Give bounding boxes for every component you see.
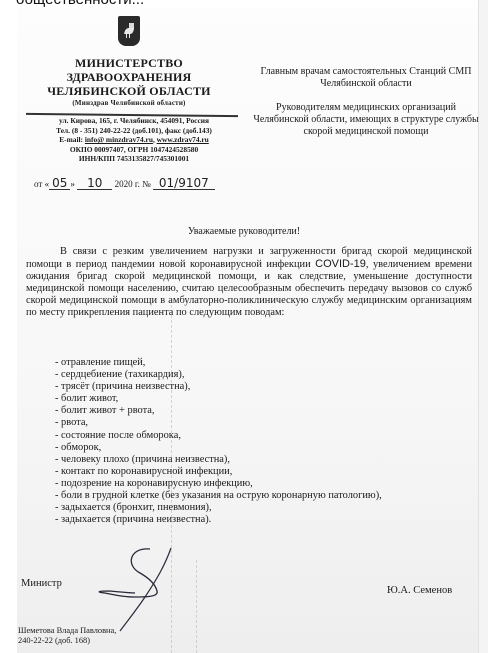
chelyabinsk-coat-of-arms-icon — [118, 16, 140, 46]
signatory-name: Ю.А. Семенов — [387, 585, 452, 596]
reg-quote: » — [70, 179, 75, 189]
addressee-chief-doctors: Главным врачам самостоятельных Станций С… — [250, 66, 482, 90]
covid-term: COVID-19 — [315, 258, 366, 270]
executor-phone: 240-22-22 (доб. 168) — [18, 636, 116, 646]
list-item: - обморок, — [55, 442, 485, 454]
letter-body: В связи с резким увеличением нагрузки и … — [26, 246, 472, 319]
reg-month: 10 — [77, 177, 112, 190]
reasons-list: - отравление пищей, - сердцебиение (тахи… — [55, 357, 485, 526]
reg-number: 01/9107 — [153, 177, 215, 190]
ministry-line: ЧЕЛЯБИНСКОЙ ОБЛАСТИ — [18, 84, 240, 98]
ministry-contacts: ул. Кирова, 165, г. Челябинск, 454091, Р… — [18, 116, 250, 164]
salutation: Уважаемые руководители! — [0, 226, 488, 237]
addressee-heads: Руководителям медицинских организаций Че… — [250, 102, 482, 138]
list-item: - отравление пищей, — [55, 357, 485, 369]
list-item: - человеку плохо (причина неизвестна), — [55, 454, 485, 466]
signatory-title: Министр — [21, 578, 62, 589]
ministry-line: МИНИСТЕРСТВО — [18, 56, 240, 70]
list-item: - трясёт (причина неизвестна), — [55, 381, 485, 393]
reg-prefix: от « — [34, 179, 49, 189]
list-item: - задыхается (бронхит, пневмония), — [55, 502, 485, 514]
list-item: - болит живот, — [55, 393, 485, 405]
address: ул. Кирова, 165, г. Челябинск, 454091, Р… — [18, 116, 250, 126]
reg-day: 05 — [49, 177, 70, 190]
inn-kpp: ИНН/КПП 7453135827/745301001 — [18, 154, 250, 164]
ministry-short-name: (Минздрав Челябинской области) — [18, 98, 240, 108]
list-item: - задыхается (причина неизвестна). — [55, 514, 485, 526]
addressee-block: Главным врачам самостоятельных Станций С… — [250, 66, 482, 150]
list-item: - состояние после обморока, — [55, 430, 485, 442]
list-item: - сердцебиение (тахикардия), — [55, 369, 485, 381]
list-item: - контакт по коронавирусной инфекции, — [55, 466, 485, 478]
executor-name: Шеметова Влада Павловна, — [18, 626, 116, 636]
okpo-ogrn: ОКПО 00097407, ОГРН 1047424528580 — [18, 145, 250, 155]
email-link[interactable]: info@ minzdrav74.ru — [85, 135, 153, 144]
handwritten-signature-icon — [85, 545, 200, 635]
email-label: E-mail: — [59, 135, 85, 144]
list-item: - боли в грудной клетке (без указания на… — [55, 490, 485, 502]
phone: Тел. (8 - 351) 240-22-22 (доб.101), факс… — [18, 126, 250, 136]
list-item: - болит живот + рвота, — [55, 405, 485, 417]
registration-line: от «05» 10 2020 г. № 01/9107 — [34, 177, 215, 190]
ministry-line: ЗДРАВООХРАНЕНИЯ — [18, 70, 240, 84]
email-web-line: E-mail: info@ minzdrav74.ru, www.zdrav74… — [18, 135, 250, 145]
executor-info: Шеметова Влада Павловна, 240-22-22 (доб.… — [18, 626, 116, 646]
cropped-header-text: общественности... — [16, 0, 144, 8]
list-item: - подозрение на коронавирусную инфекцию, — [55, 478, 485, 490]
reg-year: 2020 г. № — [115, 179, 151, 189]
ministry-name: МИНИСТЕРСТВО ЗДРАВООХРАНЕНИЯ ЧЕЛЯБИНСКОЙ… — [18, 56, 240, 108]
list-item: - рвота, — [55, 417, 485, 429]
website-link[interactable]: www.zdrav74.ru — [157, 135, 209, 144]
